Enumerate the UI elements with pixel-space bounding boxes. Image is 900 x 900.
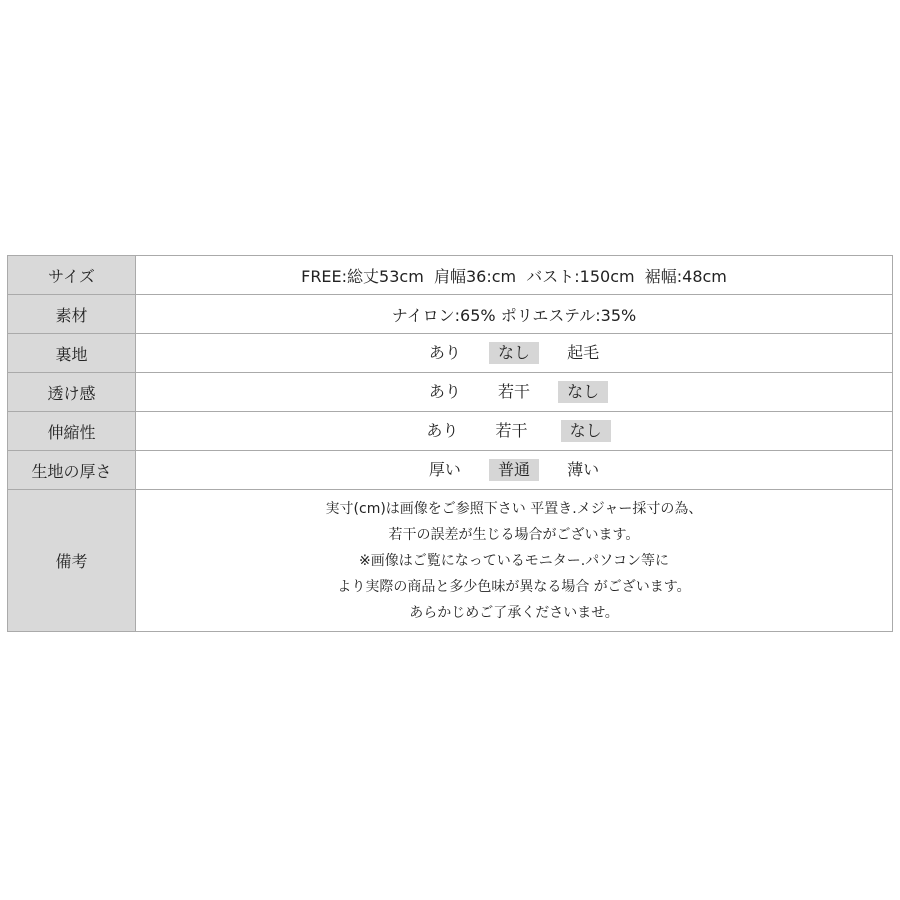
option-lining-nashi-selected: なし <box>489 342 539 364</box>
row-lining: 裏地 あり なし 起毛 <box>8 334 893 373</box>
option-sheer-nashi-selected: なし <box>558 381 608 403</box>
value-thickness: 厚い 普通 薄い <box>136 451 893 490</box>
option-lining-ari: あり <box>420 342 470 364</box>
note-line: ※画像はご覧になっているモニター.パソコン等に <box>136 548 892 574</box>
label-material: 素材 <box>8 295 136 334</box>
note-line: あらかじめご了承くださいませ。 <box>136 600 892 626</box>
row-stretch: 伸縮性 あり 若干 なし <box>8 412 893 451</box>
row-material: 素材 ナイロン:65% ポリエステル:35% <box>8 295 893 334</box>
label-lining: 裏地 <box>8 334 136 373</box>
note-line: より実際の商品と多少色味が異なる場合 がございます。 <box>136 574 892 600</box>
value-lining: あり なし 起毛 <box>136 334 893 373</box>
option-lining-brushed: 起毛 <box>558 342 608 364</box>
row-size: サイズ FREE:総丈53cm 肩幅36:cm バスト:150cm 裾幅:48c… <box>8 256 893 295</box>
note-line: 若干の誤差が生じる場合がございます。 <box>136 522 892 548</box>
row-sheerness: 透け感 あり 若干 なし <box>8 373 893 412</box>
label-sheerness: 透け感 <box>8 373 136 412</box>
row-thickness: 生地の厚さ 厚い 普通 薄い <box>8 451 893 490</box>
value-notes: 実寸(cm)は画像をご参照下さい 平置き.メジャー採寸の為、 若干の誤差が生じる… <box>136 490 893 632</box>
value-sheerness: あり 若干 なし <box>136 373 893 412</box>
option-thick: 厚い <box>420 459 470 481</box>
value-material: ナイロン:65% ポリエステル:35% <box>136 295 893 334</box>
row-notes: 備考 実寸(cm)は画像をご参照下さい 平置き.メジャー採寸の為、 若干の誤差が… <box>8 490 893 632</box>
label-thickness: 生地の厚さ <box>8 451 136 490</box>
option-thin: 薄い <box>558 459 608 481</box>
value-size: FREE:総丈53cm 肩幅36:cm バスト:150cm 裾幅:48cm <box>136 256 893 295</box>
option-stretch-nashi-selected: なし <box>561 420 611 442</box>
label-notes: 備考 <box>8 490 136 632</box>
option-stretch-slight: 若干 <box>486 420 536 442</box>
spec-table: サイズ FREE:総丈53cm 肩幅36:cm バスト:150cm 裾幅:48c… <box>7 255 893 632</box>
label-size: サイズ <box>8 256 136 295</box>
option-sheer-slight: 若干 <box>489 381 539 403</box>
label-stretch: 伸縮性 <box>8 412 136 451</box>
note-line: 実寸(cm)は画像をご参照下さい 平置き.メジャー採寸の為、 <box>136 496 892 522</box>
value-stretch: あり 若干 なし <box>136 412 893 451</box>
option-normal-selected: 普通 <box>489 459 539 481</box>
option-stretch-ari: あり <box>417 420 467 442</box>
option-sheer-ari: あり <box>420 381 470 403</box>
